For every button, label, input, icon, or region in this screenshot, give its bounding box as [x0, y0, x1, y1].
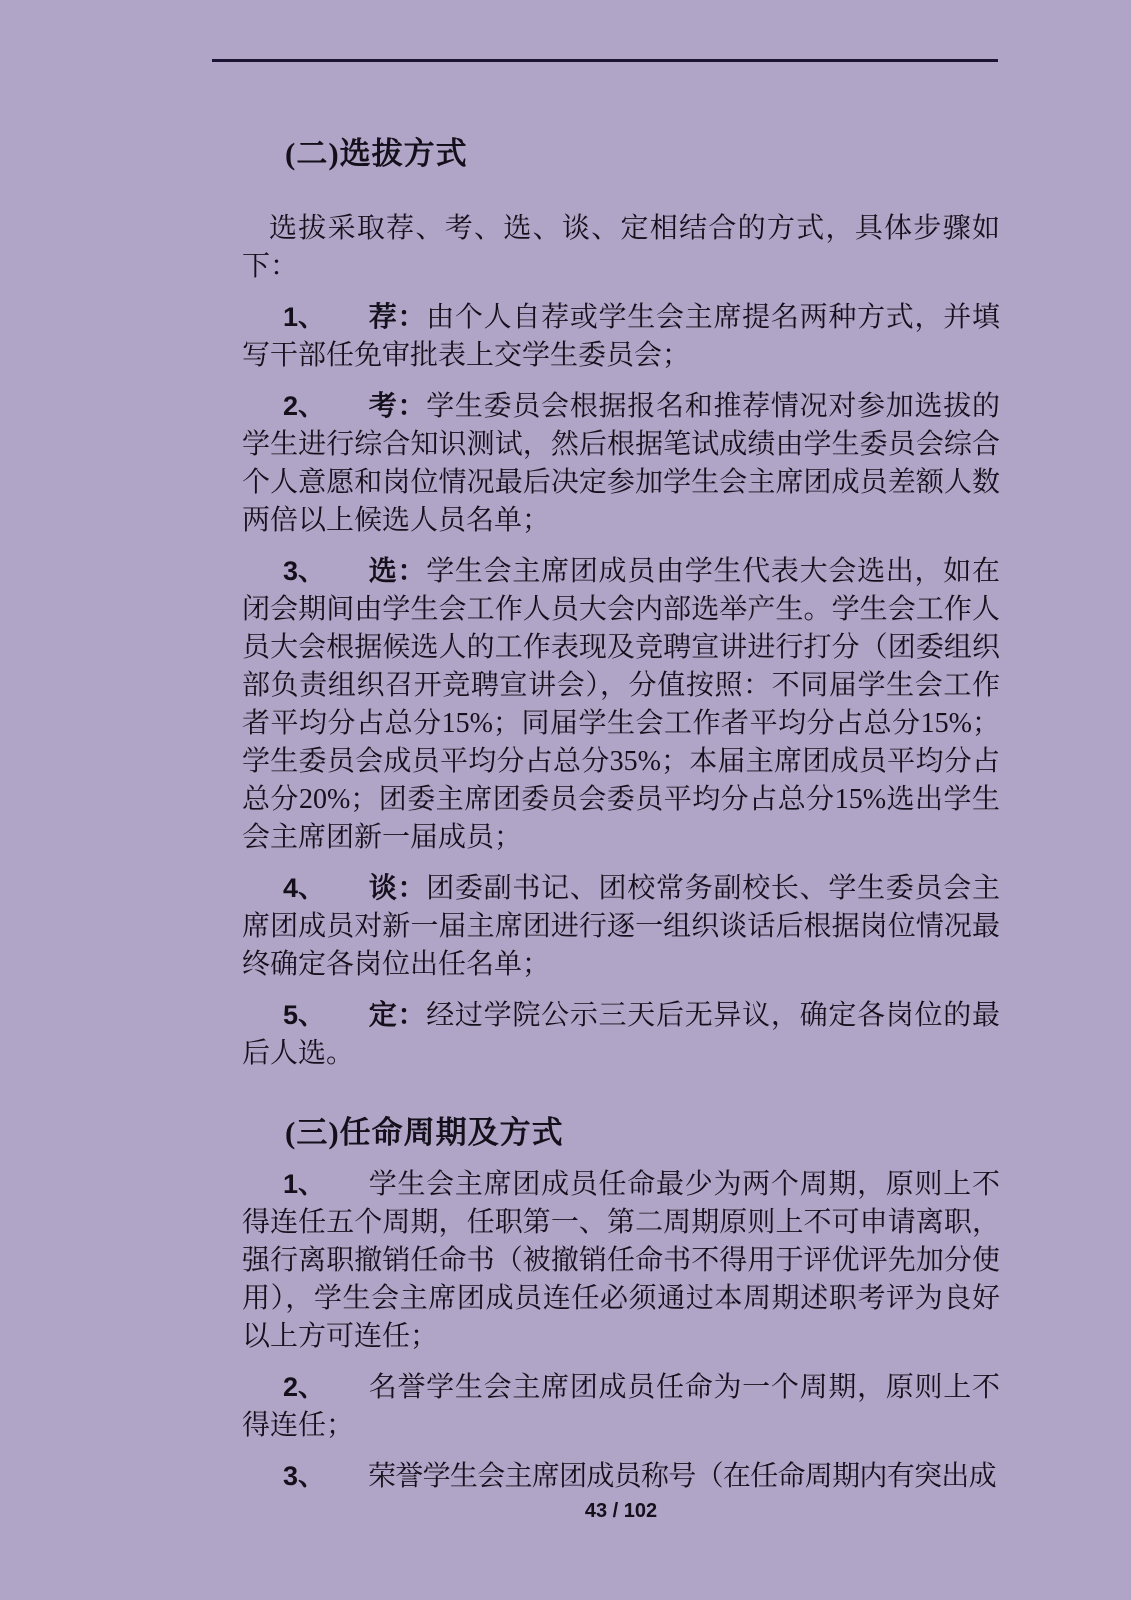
item-label: 选： — [368, 556, 426, 587]
section-heading-2: (二)选拔方式 — [285, 134, 1000, 174]
header-rule — [212, 59, 998, 62]
item-number: 3、 — [283, 1457, 368, 1495]
list-item: 2、考：学生委员会根据报名和推荐情况对参加选拔的学生进行综合知识测试，然后根据笔… — [242, 387, 1000, 540]
item-number: 2、 — [283, 387, 368, 425]
item-label: 荐： — [368, 302, 426, 333]
page-number: 43 / 102 — [585, 1500, 657, 1522]
item-number: 4、 — [283, 869, 368, 907]
item-label: 考： — [368, 391, 426, 422]
item-label: 谈： — [368, 873, 426, 904]
list-item: 1、荐：由个人自荐或学生会主席提名两种方式，并填写干部任免审批表上交学生委员会； — [242, 298, 1000, 375]
intro-paragraph: 选拔采取荐、考、选、谈、定相结合的方式，具体步骤如下： — [242, 210, 1000, 286]
item-number: 1、 — [283, 1165, 368, 1203]
item-text: 荣誉学生会主席团成员称号（在任命周期内有突出成 — [368, 1461, 996, 1492]
page-content: (二)选拔方式 选拔采取荐、考、选、谈、定相结合的方式，具体步骤如下： 1、荐：… — [242, 134, 1000, 1496]
item-number: 3、 — [283, 552, 368, 590]
item-number: 5、 — [283, 996, 368, 1034]
list-item: 5、定：经过学院公示三天后无异议，确定各岗位的最后人选。 — [242, 996, 1000, 1073]
list-item: 2、名誉学生会主席团成员任命为一个周期，原则上不得连任； — [242, 1368, 1000, 1445]
item-label: 定： — [368, 1000, 426, 1031]
document-page: { "page": { "background_color": "#b1a5c7… — [0, 0, 1131, 1600]
section-heading-3: (三)任命周期及方式 — [285, 1113, 1000, 1153]
list-item: 3、选：学生会主席团成员由学生代表大会选出，如在闭会期间由学生会工作人员大会内部… — [242, 552, 1000, 857]
list-item: 4、谈：团委副书记、团校常务副校长、学生委员会主席团成员对新一届主席团进行逐一组… — [242, 869, 1000, 984]
list-item: 3、荣誉学生会主席团成员称号（在任命周期内有突出成 — [242, 1457, 1000, 1496]
item-number: 2、 — [283, 1368, 368, 1406]
list-item: 1、学生会主席团成员任命最少为两个周期，原则上不得连任五个周期，任职第一、第二周… — [242, 1165, 1000, 1356]
item-number: 1、 — [283, 298, 368, 336]
item-text: 学生会主席团成员由学生代表大会选出，如在闭会期间由学生会工作人员大会内部选举产生… — [242, 556, 1000, 853]
page-number-footer: 43 / 102 — [242, 1500, 1000, 1523]
